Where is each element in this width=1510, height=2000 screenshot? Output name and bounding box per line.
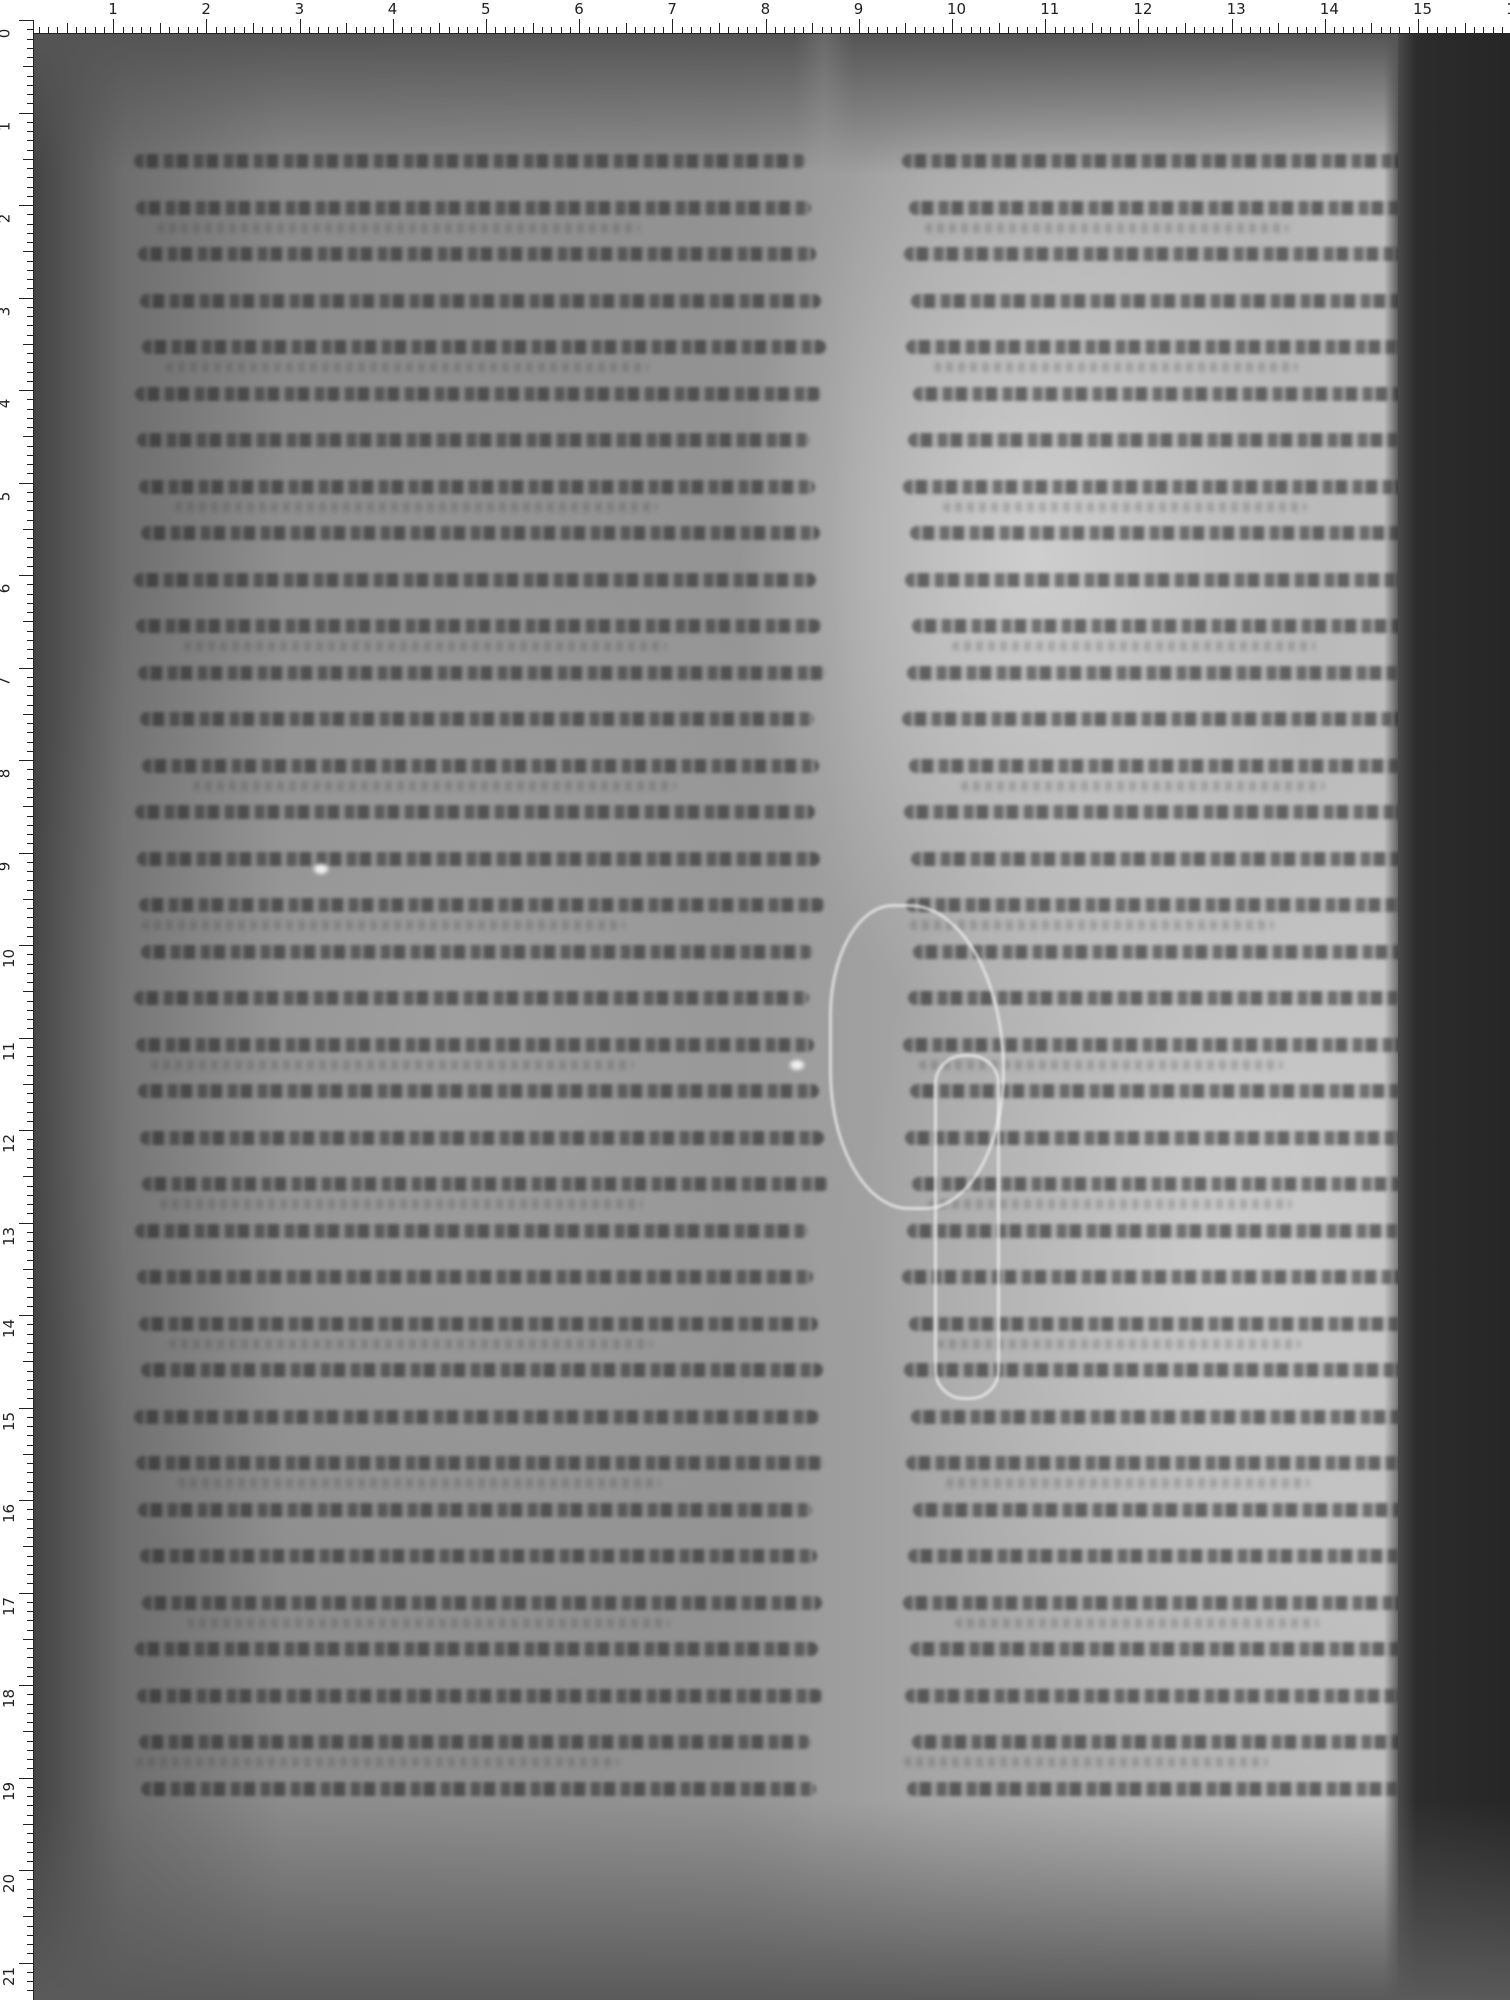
- manuscript-text-line: [906, 340, 1416, 354]
- ruler-tick: [1120, 27, 1121, 33]
- underwriting-ghost-line: [184, 641, 667, 651]
- manuscript-text-line: [912, 1735, 1427, 1749]
- ruler-tick: [281, 27, 282, 33]
- ruler-left-label: 7: [0, 676, 12, 686]
- ruler-tick: [318, 27, 319, 33]
- ruler-tick: [27, 418, 33, 419]
- ruler-tick: [27, 1796, 33, 1797]
- ruler-tick: [27, 547, 33, 548]
- ruler-tick: [27, 1417, 33, 1418]
- ruler-tick: [27, 1472, 33, 1473]
- ruler-tick: [27, 103, 33, 104]
- ruler-top: 01234567891011121314151: [0, 0, 1510, 34]
- ruler-tick: [365, 27, 366, 33]
- ruler-tick: [896, 27, 897, 33]
- ruler-tick: [1390, 27, 1391, 33]
- ruler-tick: [27, 1389, 33, 1390]
- ruler-tick: [1138, 19, 1139, 33]
- ruler-tick: [346, 23, 347, 33]
- ruler-tick: [1204, 27, 1205, 33]
- ruler-tick: [141, 27, 142, 33]
- ruler-tick: [1008, 27, 1009, 33]
- ruler-left-label: 5: [0, 491, 12, 501]
- ruler-tick: [23, 1916, 33, 1917]
- ruler-tick: [27, 187, 33, 188]
- ruler-tick: [27, 214, 33, 215]
- ruler-left-label: 1: [0, 121, 12, 131]
- ruler-tick: [27, 742, 33, 743]
- ruler-tick: [27, 1334, 33, 1335]
- ruler-tick: [971, 27, 972, 33]
- manuscript-text-line: [908, 1549, 1411, 1563]
- ruler-tick: [225, 27, 226, 33]
- manuscript-text-line: [139, 898, 825, 912]
- ruler-tick: [27, 1694, 33, 1695]
- ruler-tick: [197, 27, 198, 33]
- ruler-tick: [27, 1935, 33, 1936]
- ruler-tick: [1101, 27, 1102, 33]
- manuscript-text-line: [134, 991, 809, 1005]
- ruler-tick: [1465, 23, 1466, 33]
- ruler-tick: [27, 1620, 33, 1621]
- underwriting-ghost-line: [142, 920, 625, 930]
- manuscript-text-line: [908, 433, 1424, 447]
- ruler-tick: [1306, 27, 1307, 33]
- ruler-tick: [1185, 23, 1186, 33]
- ruler-tick: [449, 27, 450, 33]
- ruler-tick: [27, 751, 33, 752]
- ruler-tick: [300, 19, 301, 33]
- ruler-left-label: 4: [0, 399, 12, 409]
- ruler-tick: [458, 27, 459, 33]
- ruler-tick: [27, 797, 33, 798]
- ruler-tick: [27, 1112, 33, 1113]
- ruler-tick: [859, 19, 860, 33]
- manuscript-text-line: [134, 154, 806, 168]
- ruler-tick: [27, 1842, 33, 1843]
- ruler-tick: [747, 27, 748, 33]
- ruler-tick: [19, 1685, 33, 1686]
- ruler-tick: [1315, 27, 1316, 33]
- ruler-tick: [27, 150, 33, 151]
- manuscript-text-line: [135, 387, 822, 401]
- ruler-tick: [27, 1139, 33, 1140]
- manuscript-text-line: [141, 526, 820, 540]
- ruler-tick: [27, 982, 33, 983]
- ruler-top-label: 10: [947, 2, 966, 17]
- manuscript-text-line: [135, 1642, 818, 1656]
- ruler-tick: [27, 510, 33, 511]
- ruler-tick: [27, 769, 33, 770]
- ruler-left-label: 3: [0, 306, 12, 316]
- ruler-tick: [1399, 27, 1400, 33]
- ruler-tick: [27, 1445, 33, 1446]
- ruler-top-label: 2: [201, 2, 211, 17]
- manuscript-text-line: [142, 1596, 822, 1610]
- ruler-tick: [27, 1056, 33, 1057]
- ruler-tick: [1082, 27, 1083, 33]
- ruler-tick: [27, 1260, 33, 1261]
- ruler-tick: [23, 1176, 33, 1177]
- ruler-tick: [644, 27, 645, 33]
- underwriting-ghost-line: [166, 362, 649, 372]
- ruler-tick: [1297, 27, 1298, 33]
- ruler-tick: [67, 23, 68, 33]
- ruler-tick: [766, 19, 767, 33]
- ruler-tick: [23, 159, 33, 160]
- manuscript-text-line: [142, 1177, 829, 1191]
- ruler-top-label: 4: [388, 2, 398, 17]
- ruler-tick: [337, 27, 338, 33]
- manuscript-text-line: [138, 1084, 819, 1098]
- ruler-tick: [27, 76, 33, 77]
- ruler-tick: [234, 27, 235, 33]
- ruler-tick: [27, 1204, 33, 1205]
- ruler-tick: [113, 19, 114, 33]
- ruler-tick: [1502, 27, 1503, 33]
- manuscript-text-line: [139, 480, 815, 494]
- ruler-tick: [23, 1454, 33, 1455]
- ruler-tick: [244, 27, 245, 33]
- ruler-tick: [374, 27, 375, 33]
- ruler-tick: [598, 27, 599, 33]
- ruler-tick: [19, 760, 33, 761]
- ruler-tick: [27, 242, 33, 243]
- ruler-tick: [27, 1001, 33, 1002]
- ruler-tick: [1036, 27, 1037, 33]
- ruler-tick: [356, 27, 357, 33]
- manuscript-text-line: [136, 201, 811, 215]
- ruler-tick: [27, 1232, 33, 1233]
- ruler-tick: [924, 27, 925, 33]
- ruler-tick: [486, 19, 487, 33]
- ruler-top-label: 13: [1227, 2, 1246, 17]
- manuscript-text-line: [910, 1642, 1419, 1656]
- ruler-tick: [27, 612, 33, 613]
- manuscript-text-line: [911, 852, 1420, 866]
- underwriting-ghost-line: [136, 1757, 619, 1767]
- ruler-tick: [27, 732, 33, 733]
- ruler-tick: [1343, 27, 1344, 33]
- ruler-tick: [570, 27, 571, 33]
- ruler-tick: [27, 1528, 33, 1529]
- bright-scratch-mark: [934, 1054, 1000, 1400]
- ruler-left-label: 19: [2, 1781, 17, 1800]
- ruler-tick: [85, 27, 86, 33]
- ruler-tick: [1427, 27, 1428, 33]
- ruler-tick: [23, 1731, 33, 1732]
- ruler-tick: [1241, 27, 1242, 33]
- ruler-tick: [1455, 27, 1456, 33]
- ruler-tick: [868, 27, 869, 33]
- ruler-tick: [27, 686, 33, 687]
- ruler-tick: [19, 945, 33, 946]
- ruler-top-label: 14: [1320, 2, 1339, 17]
- ruler-top-label: 1: [108, 2, 118, 17]
- manuscript-text-line: [141, 1782, 816, 1796]
- ruler-tick: [27, 936, 33, 937]
- ruler-tick: [169, 27, 170, 33]
- manuscript-text-line: [903, 1596, 1409, 1610]
- manuscript-text-line: [136, 1038, 814, 1052]
- manuscript-text-line: [911, 294, 1418, 308]
- underwriting-ghost-line: [175, 502, 658, 512]
- ruler-tick: [589, 27, 590, 33]
- ruler-tick: [1381, 27, 1382, 33]
- ruler-left-label: 0: [0, 29, 12, 39]
- ruler-tick: [430, 27, 431, 33]
- ruler-tick: [27, 1907, 33, 1908]
- manuscript-text-line: [142, 759, 819, 773]
- ruler-tick: [1474, 27, 1475, 33]
- ruler-tick: [663, 27, 664, 33]
- ruler-tick: [188, 27, 189, 33]
- ruler-tick: [682, 27, 683, 33]
- ruler-top-label: 1: [1506, 2, 1510, 17]
- ruler-top-label: 3: [295, 2, 305, 17]
- bright-speck: [790, 1060, 804, 1070]
- ruler-tick: [1092, 23, 1093, 33]
- ruler-tick: [27, 1926, 33, 1927]
- ruler-tick: [27, 557, 33, 558]
- ruler-tick: [27, 1750, 33, 1751]
- ruler-tick: [27, 196, 33, 197]
- ruler-tick: [23, 1269, 33, 1270]
- manuscript-text-line: [912, 619, 1423, 633]
- ruler-tick: [57, 27, 58, 33]
- scan-vignette-top: [34, 34, 1510, 174]
- ruler-tick: [27, 1972, 33, 1973]
- ruler-tick: [1437, 27, 1438, 33]
- ruler-tick: [1110, 27, 1111, 33]
- ruler-tick: [27, 224, 33, 225]
- ruler-tick: [1222, 27, 1223, 33]
- ruler-tick: [393, 19, 394, 33]
- ruler-tick: [95, 27, 96, 33]
- ruler-tick: [27, 1380, 33, 1381]
- ruler-tick: [27, 1611, 33, 1612]
- ruler-tick: [672, 19, 673, 33]
- ruler-tick: [1148, 27, 1149, 33]
- ruler-tick: [27, 1278, 33, 1279]
- ruler-tick: [616, 27, 617, 33]
- manuscript-text-line: [139, 1735, 811, 1749]
- ruler-tick: [477, 27, 478, 33]
- ruler-tick: [19, 1223, 33, 1224]
- ruler-tick: [1232, 19, 1233, 33]
- ruler-tick: [27, 279, 33, 280]
- ruler-tick: [1250, 27, 1251, 33]
- ruler-tick: [738, 27, 739, 33]
- ruler-tick: [27, 917, 33, 918]
- ruler-tick: [23, 621, 33, 622]
- ruler-top-label: 11: [1040, 2, 1059, 17]
- ruler-tick: [23, 714, 33, 715]
- ruler-tick: [19, 1778, 33, 1779]
- ruler-tick: [943, 27, 944, 33]
- manuscript-text-line: [913, 945, 1428, 959]
- ruler-left-label: 8: [0, 769, 12, 779]
- ruler-tick: [27, 1398, 33, 1399]
- ruler-tick: [27, 335, 33, 336]
- ruler-tick: [27, 1158, 33, 1159]
- ruler-tick: [915, 27, 916, 33]
- ruler-tick: [27, 1149, 33, 1150]
- ruler-tick: [439, 23, 440, 33]
- ruler-tick: [27, 788, 33, 789]
- ruler-tick: [19, 113, 33, 114]
- ruler-tick: [27, 261, 33, 262]
- manuscript-text-line: [134, 573, 816, 587]
- ruler-tick: [27, 307, 33, 308]
- ruler-tick: [23, 991, 33, 992]
- ruler-tick: [719, 23, 720, 33]
- ruler-tick: [27, 1102, 33, 1103]
- ruler-tick: [27, 427, 33, 428]
- ruler-tick: [27, 843, 33, 844]
- underwriting-ghost-line: [151, 1060, 634, 1070]
- ruler-tick: [27, 1833, 33, 1834]
- underwriting-ghost-line: [193, 781, 676, 791]
- ruler-left-label: 14: [2, 1319, 17, 1338]
- ruler-tick: [27, 1704, 33, 1705]
- ruler-tick: [19, 20, 33, 21]
- ruler-tick: [19, 1870, 33, 1871]
- ruler-tick: [19, 668, 33, 669]
- ruler-tick: [27, 1861, 33, 1862]
- ruler-tick: [495, 27, 496, 33]
- ruler-tick: [23, 344, 33, 345]
- ruler-tick: [27, 927, 33, 928]
- ruler-tick: [691, 27, 692, 33]
- ruler-tick: [1325, 19, 1326, 33]
- underwriting-ghost-line: [925, 223, 1289, 233]
- ruler-tick: [1409, 27, 1410, 33]
- manuscript-text-line: [135, 805, 815, 819]
- ruler-tick: [19, 1130, 33, 1131]
- ruler-tick: [1446, 27, 1447, 33]
- ruler-left-label: 15: [2, 1411, 17, 1430]
- ruler-tick: [27, 1787, 33, 1788]
- ruler-tick: [831, 27, 832, 33]
- ruler-tick: [27, 1324, 33, 1325]
- ruler-tick: [23, 1361, 33, 1362]
- ruler-left-label: 6: [0, 584, 12, 594]
- ruler-left-label: 16: [2, 1504, 17, 1523]
- manuscript-text-line: [135, 1224, 808, 1238]
- ruler-tick: [27, 1953, 33, 1954]
- ruler-tick: [27, 584, 33, 585]
- ruler-tick: [27, 57, 33, 58]
- ruler-tick: [421, 27, 422, 33]
- ruler-left-label: 10: [2, 949, 17, 968]
- ruler-tick: [27, 177, 33, 178]
- ruler-tick: [27, 1167, 33, 1168]
- ruler-tick: [27, 1519, 33, 1520]
- ruler-tick: [27, 631, 33, 632]
- ruler-tick: [23, 1824, 33, 1825]
- ruler-tick: [27, 1944, 33, 1945]
- ruler-tick: [27, 1805, 33, 1806]
- manuscript-text-line: [140, 1131, 824, 1145]
- ruler-tick: [1260, 27, 1261, 33]
- ruler-tick: [1157, 27, 1158, 33]
- ruler-tick: [19, 483, 33, 484]
- manuscript-text-line: [140, 712, 814, 726]
- ruler-tick: [27, 1463, 33, 1464]
- ruler-tick: [728, 27, 729, 33]
- ruler-tick: [1269, 27, 1270, 33]
- ruler-tick: [27, 353, 33, 354]
- ruler-tick: [27, 501, 33, 502]
- ruler-tick: [216, 27, 217, 33]
- ruler-tick: [27, 908, 33, 909]
- underwriting-ghost-line: [946, 1478, 1310, 1488]
- ruler-tick: [523, 27, 524, 33]
- ruler-tick: [27, 1047, 33, 1048]
- ruler-tick: [1371, 23, 1372, 33]
- manuscript-text-line: [909, 201, 1427, 215]
- ruler-tick: [27, 1556, 33, 1557]
- ruler-tick: [27, 1657, 33, 1658]
- ruler-tick: [309, 27, 310, 33]
- ruler-tick: [272, 27, 273, 33]
- ruler-tick: [27, 954, 33, 955]
- ruler-left-label: 9: [0, 861, 12, 871]
- underwriting-ghost-line: [955, 1618, 1319, 1628]
- manuscript-text-line: [909, 759, 1412, 773]
- ruler-tick: [27, 779, 33, 780]
- ruler-tick: [27, 1768, 33, 1769]
- ruler-tick: [840, 27, 841, 33]
- ruler-tick: [290, 27, 291, 33]
- ruler-tick: [27, 695, 33, 696]
- ruler-tick: [27, 1815, 33, 1816]
- ruler-tick: [27, 446, 33, 447]
- ruler-top-label: 7: [667, 2, 677, 17]
- ruler-tick: [328, 27, 329, 33]
- manuscript-text-line: [136, 619, 821, 633]
- ruler-tick: [27, 325, 33, 326]
- ruler-tick: [467, 27, 468, 33]
- ruler-tick: [812, 23, 813, 33]
- ruler-tick: [1334, 27, 1335, 33]
- ruler-tick: [1045, 19, 1046, 33]
- ruler-tick: [961, 27, 962, 33]
- ruler-tick: [27, 964, 33, 965]
- ruler-tick: [27, 140, 33, 141]
- ruler-tick: [654, 27, 655, 33]
- ruler-tick: [1073, 27, 1074, 33]
- ruler-tick: [27, 1990, 33, 1991]
- ruler-tick: [756, 27, 757, 33]
- ruler-tick: [1278, 23, 1279, 33]
- ruler-top-label: 8: [761, 2, 771, 17]
- underwriting-ghost-line: [943, 502, 1307, 512]
- manuscript-text-line: [134, 1410, 819, 1424]
- ruler-tick: [27, 1889, 33, 1890]
- ruler-tick: [150, 27, 151, 33]
- ruler-tick: [27, 1028, 33, 1029]
- ruler-tick: [27, 538, 33, 539]
- ruler-tick: [1166, 27, 1167, 33]
- ruler-tick: [1213, 27, 1214, 33]
- underwriting-ghost-line: [160, 1199, 643, 1209]
- ruler-tick: [561, 27, 562, 33]
- ruler-tick: [27, 1371, 33, 1372]
- manuscript-text-line: [904, 805, 1410, 819]
- ruler-tick: [39, 27, 40, 33]
